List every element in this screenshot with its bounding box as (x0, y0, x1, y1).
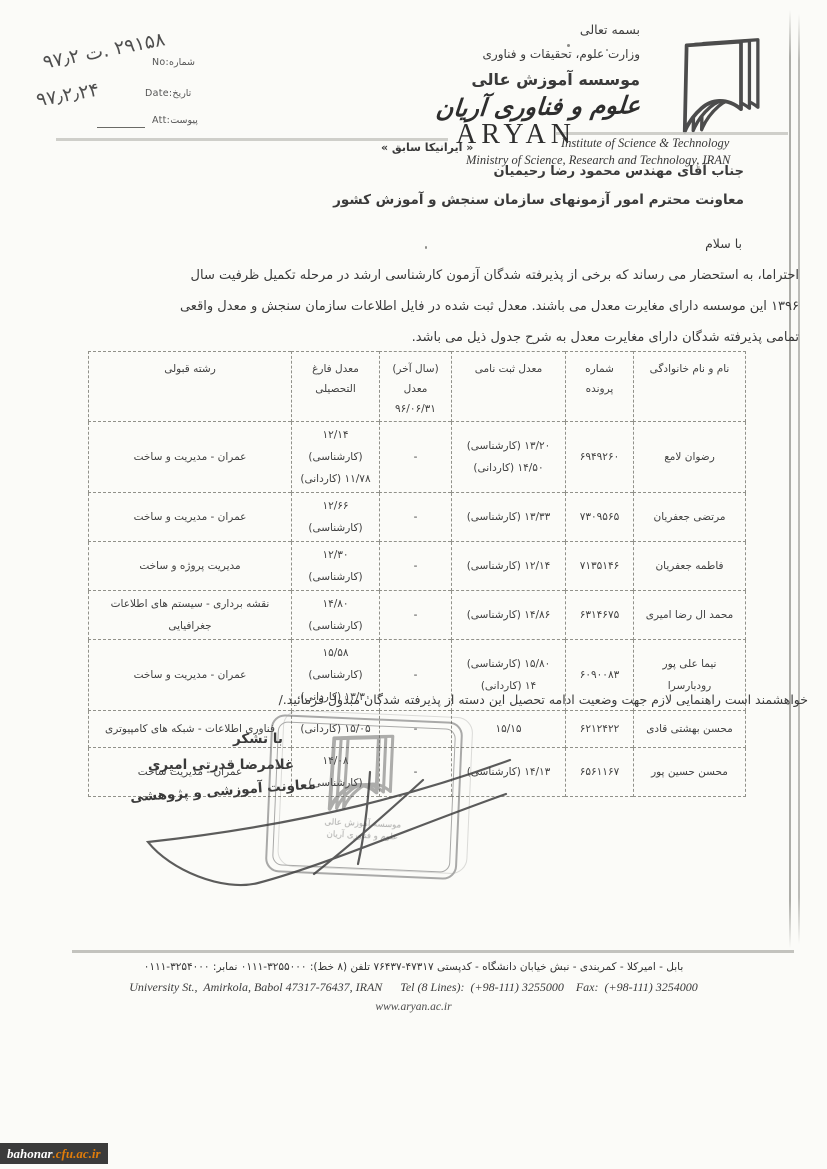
cell-file-no: ۶۵۶۱۱۶۷ (566, 748, 634, 797)
letter-body: احتراما، به استحضار می رساند که برخی از … (54, 260, 799, 353)
body-line: احتراما، به استحضار می رساند که برخی از … (54, 260, 799, 291)
cell-registered: ۱۳/۲۰ (کارشناسی) ۱۴/۵۰ (کاردانی) (452, 422, 566, 493)
watermark-badge: bahonar.cfu.ac.ir (0, 1143, 108, 1164)
bismillah-text: بسمه تعالی (310, 22, 640, 37)
attachment-blank-line (97, 127, 145, 128)
cell-graduation: ۱۴/۸۰ (کارشناسی) (292, 591, 380, 640)
col-header-last-year: (سال آخر) معدل ۹۶/۰۶/۳۱ (380, 352, 452, 422)
cell-field: عمران - مدیریت و ساخت (89, 640, 292, 711)
aryan-book-logo-icon (676, 36, 776, 141)
closing-request-line: خواهشمند است راهنمایی لازم جهت وضعیت ادا… (279, 692, 808, 707)
col-header-name: نام و نام خانوادگی (634, 352, 746, 422)
watermark-site: bahonar (7, 1146, 53, 1162)
cell-last-year: - (380, 542, 452, 591)
cell-registered: ۱۲/۱۴ (کارشناسی) (452, 542, 566, 591)
cell-last-year: - (380, 422, 452, 493)
cell-file-no: ۶۳۱۴۶۷۵ (566, 591, 634, 640)
cell-graduation: ۱۲/۱۴ (کارشناسی) ۱۱/۷۸ (کاردانی) (292, 422, 380, 493)
cell-file-no: ۷۳۰۹۵۶۵ (566, 493, 634, 542)
table-row: رضوان لامع ۶۹۴۹۲۶۰ ۱۳/۲۰ (کارشناسی) ۱۴/۵… (89, 422, 746, 493)
footer-website: www.aryan.ac.ir (0, 1001, 827, 1013)
cell-last-year: - (380, 591, 452, 640)
scan-edge-line (798, 14, 800, 944)
col-header-field: رشته قبولی (89, 352, 292, 422)
col-header-graduation: معدل فارغ التحصیلی (292, 352, 380, 422)
footer-address-fa: بابل - امیرکلا - کمربندی - نبش خیابان دا… (0, 961, 827, 973)
cell-file-no: ۶۲۱۲۴۲۲ (566, 711, 634, 748)
cell-graduation: ۱۲/۶۶ (کارشناسی) (292, 493, 380, 542)
table-row: فاطمه جعفریان ۷۱۳۵۱۴۶ ۱۲/۱۴ (کارشناسی) -… (89, 542, 746, 591)
brand-wordmark: ARYAN (456, 119, 576, 151)
salutation-text: با سلام (705, 236, 742, 251)
letterhead-rule-right (556, 132, 788, 135)
scan-edge-line (789, 10, 791, 948)
handwritten-letter-date: ۹۷٫۲٫۲۴ (35, 79, 101, 112)
footer-rule (72, 950, 794, 953)
cell-registered: ۱۴/۸۶ (کارشناسی) (452, 591, 566, 640)
scanned-letter-page: No:شماره Date:تاریخ Att:پیوست ۲۹۱۵۸ .ت ۹… (0, 0, 827, 1169)
cell-name: محمد ال رضا امیری (634, 591, 746, 640)
cell-graduation: ۱۲/۳۰ (کارشناسی) (292, 542, 380, 591)
letterhead: بسمه تعالی وزارت علوم، تحقیقات و فناوری … (310, 22, 640, 122)
footer-address-en: University St., Amirkola, Babol 47317-76… (0, 980, 827, 995)
cell-name: فاطمه جعفریان (634, 542, 746, 591)
cell-field: عمران - مدیریت و ساخت (89, 493, 292, 542)
cell-name: رضوان لامع (634, 422, 746, 493)
attachment-label: Att:پیوست (152, 115, 198, 126)
cell-registered: ۱۳/۳۳ (کارشناسی) (452, 493, 566, 542)
cell-name: محسن بهشتی قادی (634, 711, 746, 748)
cell-last-year: - (380, 493, 452, 542)
table-row: محمد ال رضا امیری ۶۳۱۴۶۷۵ ۱۴/۸۶ (کارشناس… (89, 591, 746, 640)
cell-name: مرتضی جعفریان (634, 493, 746, 542)
table-header-row: نام و نام خانوادگی شماره پرونده معدل ثبت… (89, 352, 746, 422)
recipient-name-line: جناب آقای مهندس محمود رضا رحیمیان (494, 164, 744, 179)
cell-field: مدیریت پروژه و ساخت (89, 542, 292, 591)
scan-speck (425, 246, 427, 249)
table-row: مرتضی جعفریان ۷۳۰۹۵۶۵ ۱۳/۳۳ (کارشناسی) -… (89, 493, 746, 542)
recipient-title-line: معاونت محترم امور آزمونهای سازمان سنجش و… (333, 192, 744, 208)
brand-tagline: Institute of Science & Technology (561, 136, 729, 151)
cell-file-no: ۶۹۴۹۲۶۰ (566, 422, 634, 493)
col-header-file-no: شماره پرونده (566, 352, 634, 422)
handwritten-letter-number: ۲۹۱۵۸ .ت ۹۷٫۲ (41, 28, 167, 73)
letter-date-label: Date:تاریخ (145, 88, 191, 99)
institute-type-line: موسسه آموزش عالی (310, 70, 640, 89)
body-line: تمامی پذیرفته شدگان دارای مغایرت معدل به… (54, 322, 799, 353)
cell-name: محسن حسین پور (634, 748, 746, 797)
letter-number-label: No:شماره (152, 57, 195, 68)
col-header-registered: معدل ثبت نامی (452, 352, 566, 422)
cell-field: عمران - مدیریت و ساخت (89, 422, 292, 493)
handwritten-signature (118, 742, 528, 902)
cell-file-no: ۷۱۳۵۱۴۶ (566, 542, 634, 591)
cell-field: نقشه برداری - سیستم های اطلاعات جغرافیای… (89, 591, 292, 640)
body-line: ۱۳۹۶ این موسسه دارای مغایرت معدل می باشن… (54, 291, 799, 322)
ministry-line: وزارت علوم، تحقیقات و فناوری (310, 47, 640, 61)
watermark-domain: .cfu.ac.ir (53, 1146, 101, 1162)
